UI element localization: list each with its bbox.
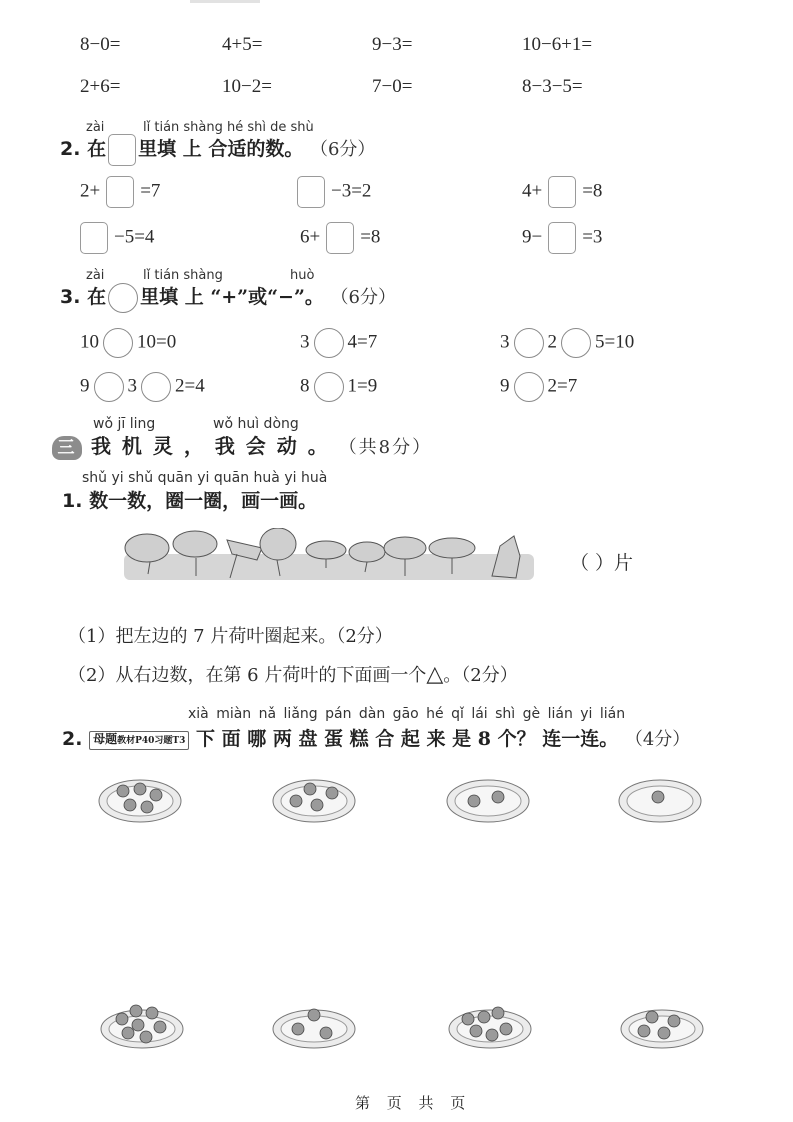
calc-item: 9−3=: [372, 34, 412, 56]
pinyin: zài: [86, 120, 104, 135]
fill-item: −3=2: [295, 176, 371, 208]
calc-item: 4+5=: [222, 34, 262, 56]
score-label: （6分）: [331, 287, 396, 308]
calc-item: 8−3−5=: [522, 76, 583, 98]
question-title: 2. 母题教材P40习题T3 下 面 哪 两 盘 蛋 糕 合 起 来 是 8 个…: [62, 724, 690, 751]
lotus-leaves-illustration: [122, 528, 534, 584]
sub-question-1: （1）把左边的 7 片荷叶圈起来。（2分）: [68, 622, 393, 648]
question-number: 3.: [60, 286, 80, 308]
answer-box[interactable]: [80, 222, 108, 254]
calc-item: 10−2=: [222, 76, 272, 98]
fill-item: −5=4: [78, 222, 154, 254]
operator-circle[interactable]: [514, 372, 544, 402]
operator-item: 932=4: [80, 372, 205, 402]
operator-circle[interactable]: [314, 328, 344, 358]
pinyin: zài: [86, 268, 104, 283]
operator-circle[interactable]: [314, 372, 344, 402]
operator-item: 325=10: [500, 328, 634, 358]
pinyin: xià miàn nǎ liǎng pán dàn gāo hé qǐ lái …: [188, 706, 625, 722]
page-footer: 第 页 共 页: [355, 1092, 471, 1113]
answer-box[interactable]: [326, 222, 354, 254]
calc-item: 8−0=: [80, 34, 120, 56]
cake-plate-4b[interactable]: [620, 1003, 704, 1049]
pinyin: huò: [290, 268, 314, 283]
question-number: 2.: [60, 138, 80, 160]
answer-box[interactable]: [297, 176, 325, 208]
calc-item: 10−6+1=: [522, 34, 592, 56]
pinyin: lǐ tián shàng hé shì de shù: [143, 120, 314, 135]
section-number-badge: 三: [52, 436, 82, 460]
triangle-icon: △: [426, 662, 443, 687]
fill-item: 4+=8: [522, 176, 602, 208]
scan-artifact: [190, 0, 260, 3]
answer-box[interactable]: [548, 176, 576, 208]
operator-circle[interactable]: [94, 372, 124, 402]
question-title: 2. 在里填 上 合适的数。 （6分）: [60, 134, 375, 166]
cake-plate-1[interactable]: [618, 777, 702, 823]
calc-item: 2+6=: [80, 76, 120, 98]
operator-item: 81=9: [300, 372, 377, 402]
operator-item: 34=7: [300, 328, 377, 358]
operator-circle[interactable]: [103, 328, 133, 358]
operator-item: 1010=0: [80, 328, 176, 358]
operator-circle[interactable]: [561, 328, 591, 358]
fill-item: 2+=7: [80, 176, 160, 208]
fill-item: 6+=8: [300, 222, 380, 254]
section-title: 三 我 机 灵 ， 我 会 动 。 （共8分）: [52, 430, 432, 460]
question-title: 3. 在里填 上 “+”或“−”。 （6分）: [60, 282, 396, 313]
sub-question-2: （2）从右边数，在第 6 片荷叶的下面画一个△。（2分）: [68, 661, 518, 687]
cake-plate-4[interactable]: [272, 777, 356, 823]
answer-count-blank[interactable]: （ ）片: [570, 548, 633, 575]
cake-plate-5[interactable]: [98, 777, 182, 823]
answer-box[interactable]: [548, 222, 576, 254]
blank-circle-example: [108, 283, 138, 313]
operator-circle[interactable]: [141, 372, 171, 402]
cake-plate-3[interactable]: [272, 1003, 356, 1049]
cake-plate-7[interactable]: [100, 1003, 184, 1049]
cake-plate-2[interactable]: [446, 777, 530, 823]
fill-item: 9−=3: [522, 222, 602, 254]
operator-item: 92=7: [500, 372, 577, 402]
score-label: （6分）: [310, 139, 375, 160]
question-number: 2.: [62, 728, 82, 750]
answer-box[interactable]: [106, 176, 134, 208]
source-tag: 母题教材P40习题T3: [89, 731, 189, 750]
operator-circle[interactable]: [514, 328, 544, 358]
score-label: （4分）: [625, 729, 690, 750]
blank-box-example: [108, 134, 136, 166]
pinyin: shǔ yi shǔ quān yi quān huà yi huà: [82, 470, 327, 486]
question-title: 1. 数一数，圈一圈，画一画。: [62, 486, 317, 513]
cake-plate-6[interactable]: [448, 1003, 532, 1049]
pinyin: lǐ tián shàng: [143, 268, 223, 283]
question-number: 1.: [62, 490, 82, 512]
score-label: （共8分）: [339, 437, 432, 458]
calc-item: 7−0=: [372, 76, 412, 98]
